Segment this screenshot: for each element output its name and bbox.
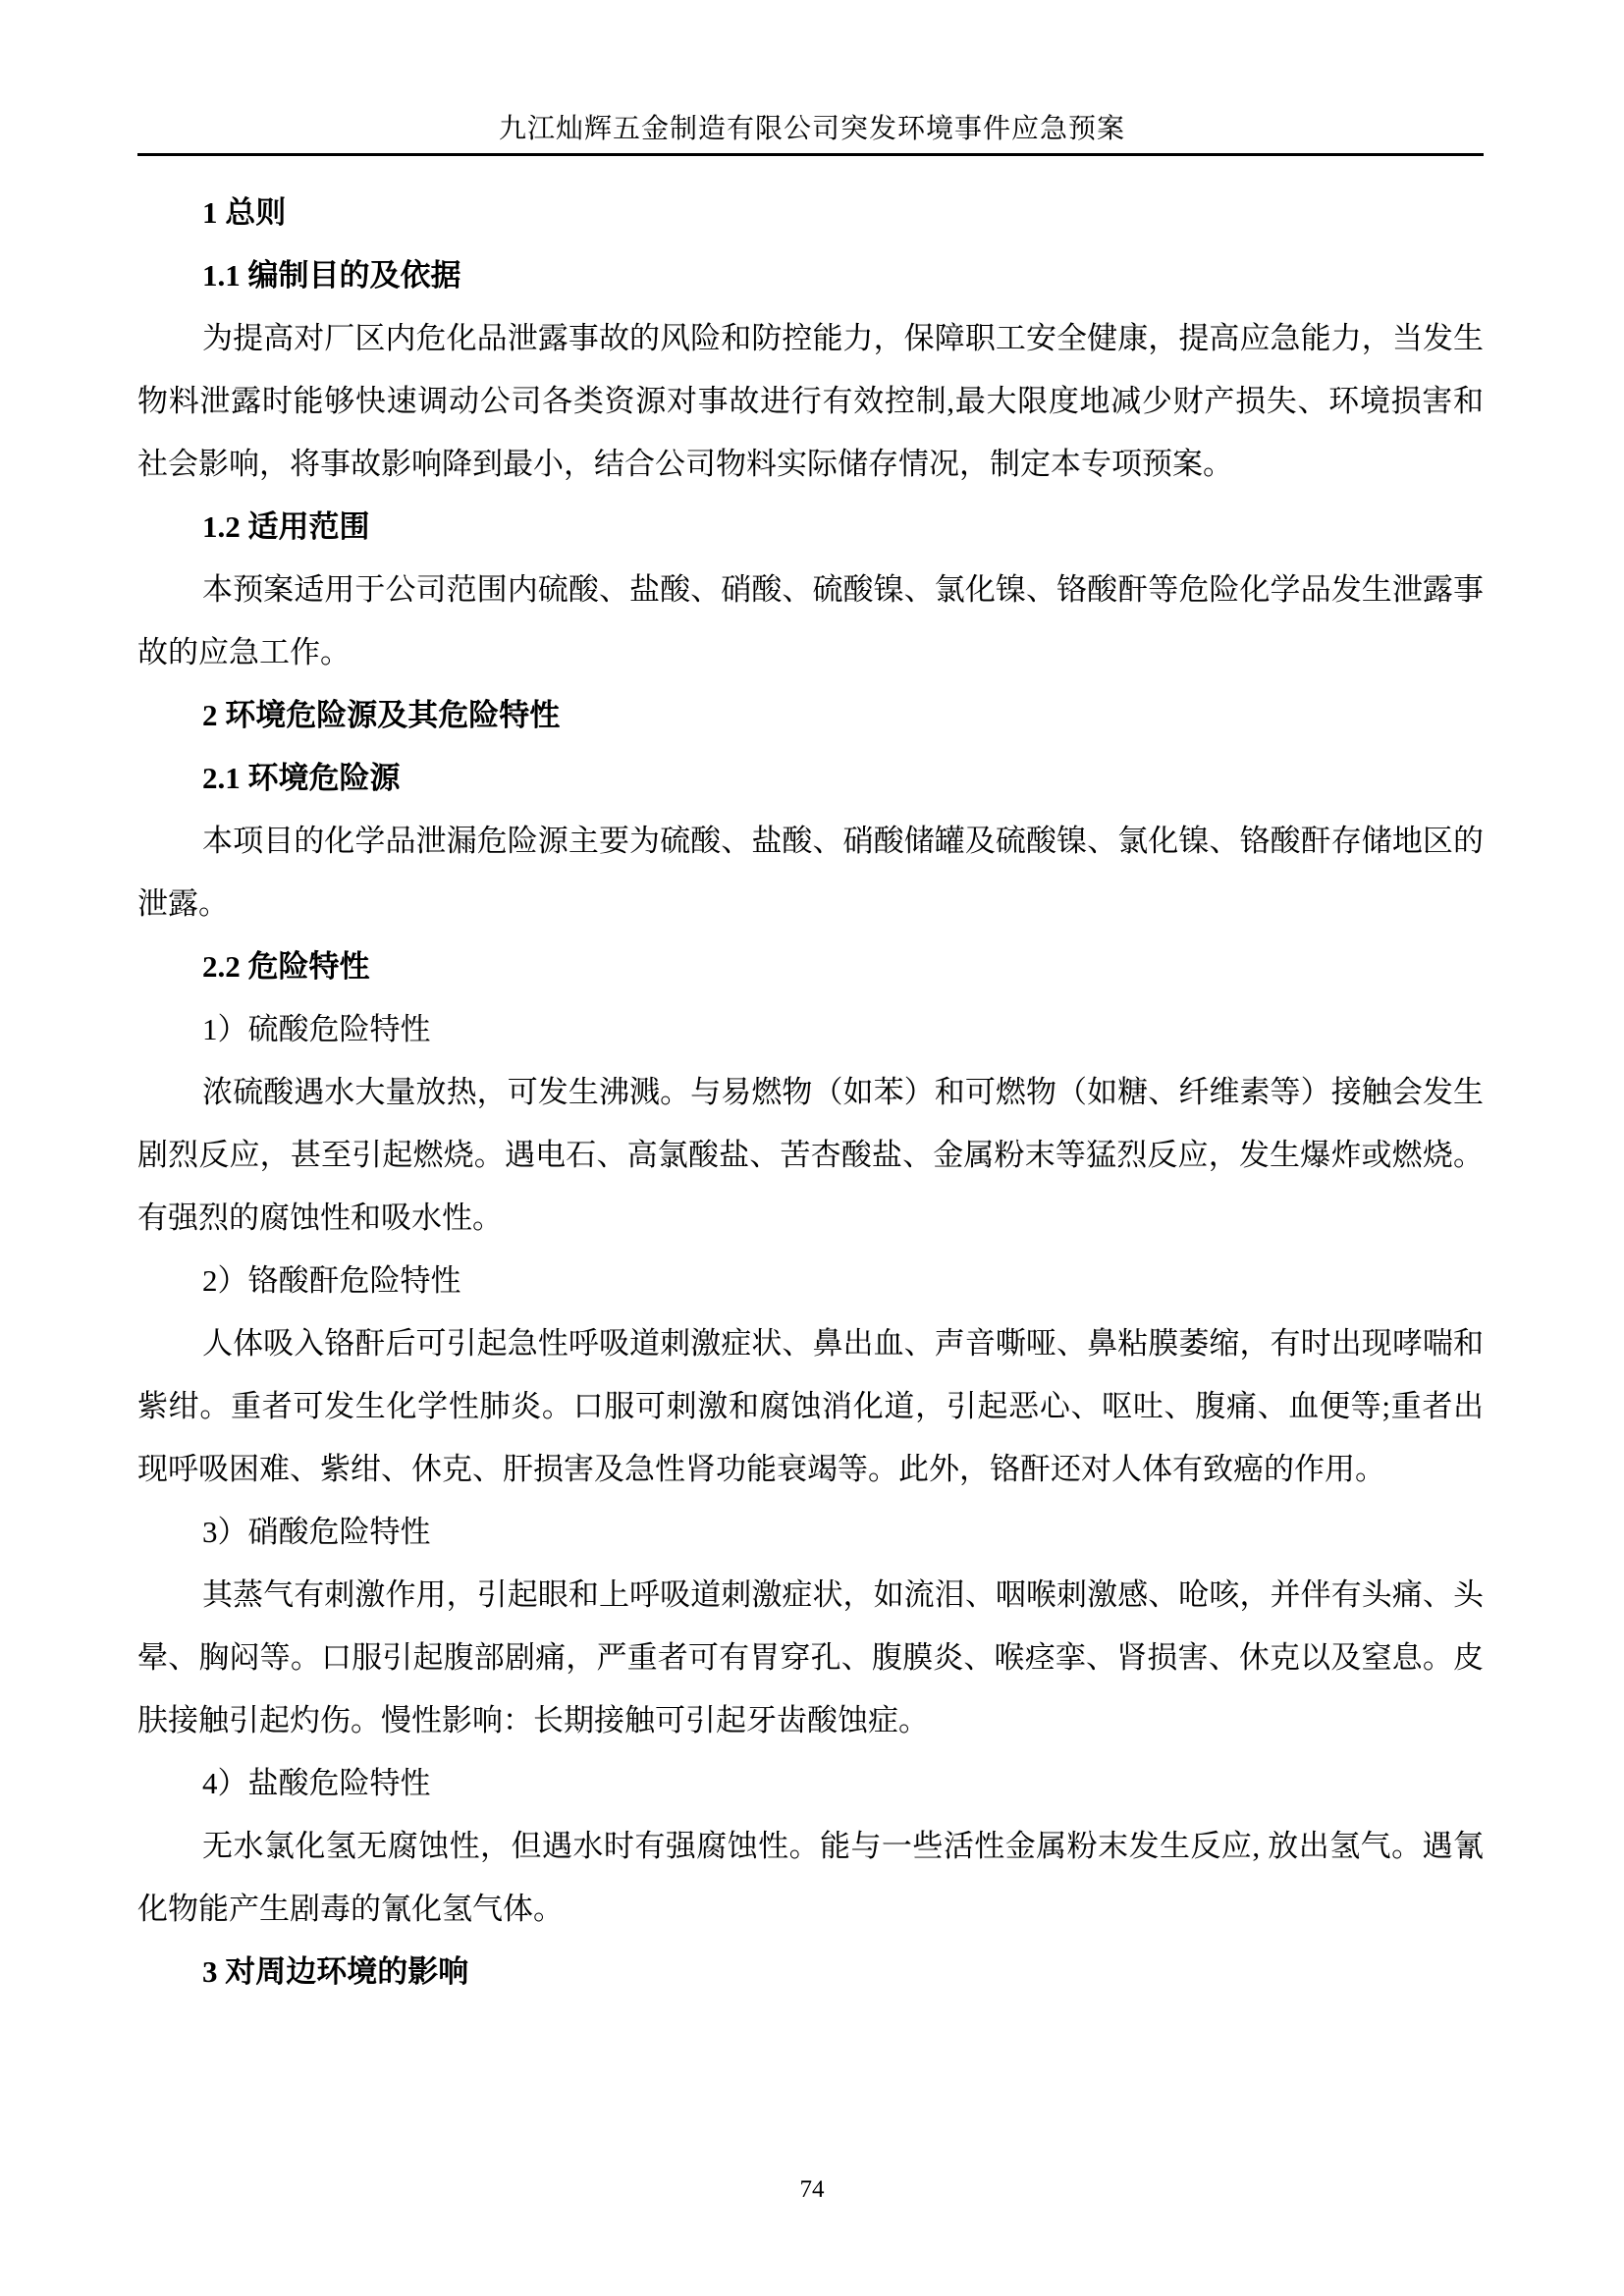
- paragraph-purpose: 为提高对厂区内危化品泄露事故的风险和防控能力，保障职工安全健康，提高应急能力，当…: [137, 307, 1484, 496]
- paragraph-chromic-anhydride: 人体吸入铬酐后可引起急性呼吸道刺激症状、鼻出血、声音嘶哑、鼻粘膜萎缩，有时出现哮…: [137, 1312, 1484, 1501]
- list-item-sulfuric-acid: 1）硫酸危险特性: [137, 998, 1484, 1061]
- document-header-title: 九江灿辉五金制造有限公司突发环境事件应急预案: [0, 114, 1624, 145]
- paragraph-nitric-acid: 其蒸气有刺激作用，引起眼和上呼吸道刺激症状，如流泪、咽喉刺激感、呛咳，并伴有头痛…: [137, 1564, 1484, 1752]
- page-number: 74: [0, 2175, 1624, 2205]
- section-heading-3: 3 对周边环境的影响: [137, 1941, 1484, 2003]
- section-heading-2: 2 环境危险源及其危险特性: [137, 684, 1484, 747]
- document-page: { "page": { "header_title": "九江灿辉五金制造有限公…: [0, 0, 1624, 2296]
- paragraph-hazard-sources: 本项目的化学品泄漏危险源主要为硫酸、盐酸、硝酸储罐及硫酸镍、氯化镍、铬酸酐存储地…: [137, 810, 1484, 935]
- list-item-hydrochloric-acid: 4）盐酸危险特性: [137, 1752, 1484, 1815]
- section-heading-2-1: 2.1 环境危险源: [137, 747, 1484, 810]
- section-heading-1-1: 1.1 编制目的及依据: [137, 244, 1484, 307]
- section-heading-1: 1 总则: [137, 182, 1484, 244]
- section-heading-1-2: 1.2 适用范围: [137, 496, 1484, 559]
- document-body: 1 总则 1.1 编制目的及依据 为提高对厂区内危化品泄露事故的风险和防控能力，…: [137, 182, 1484, 2003]
- paragraph-sulfuric-acid: 浓硫酸遇水大量放热，可发生沸溅。与易燃物（如苯）和可燃物（如糖、纤维素等）接触会…: [137, 1061, 1484, 1250]
- header-rule: [137, 153, 1484, 156]
- paragraph-hydrochloric-acid: 无水氯化氢无腐蚀性，但遇水时有强腐蚀性。能与一些活性金属粉末发生反应, 放出氢气…: [137, 1815, 1484, 1941]
- paragraph-scope: 本预案适用于公司范围内硫酸、盐酸、硝酸、硫酸镍、氯化镍、铬酸酐等危险化学品发生泄…: [137, 559, 1484, 684]
- list-item-nitric-acid: 3）硝酸危险特性: [137, 1501, 1484, 1564]
- list-item-chromic-anhydride: 2）铬酸酐危险特性: [137, 1250, 1484, 1312]
- section-heading-2-2: 2.2 危险特性: [137, 935, 1484, 998]
